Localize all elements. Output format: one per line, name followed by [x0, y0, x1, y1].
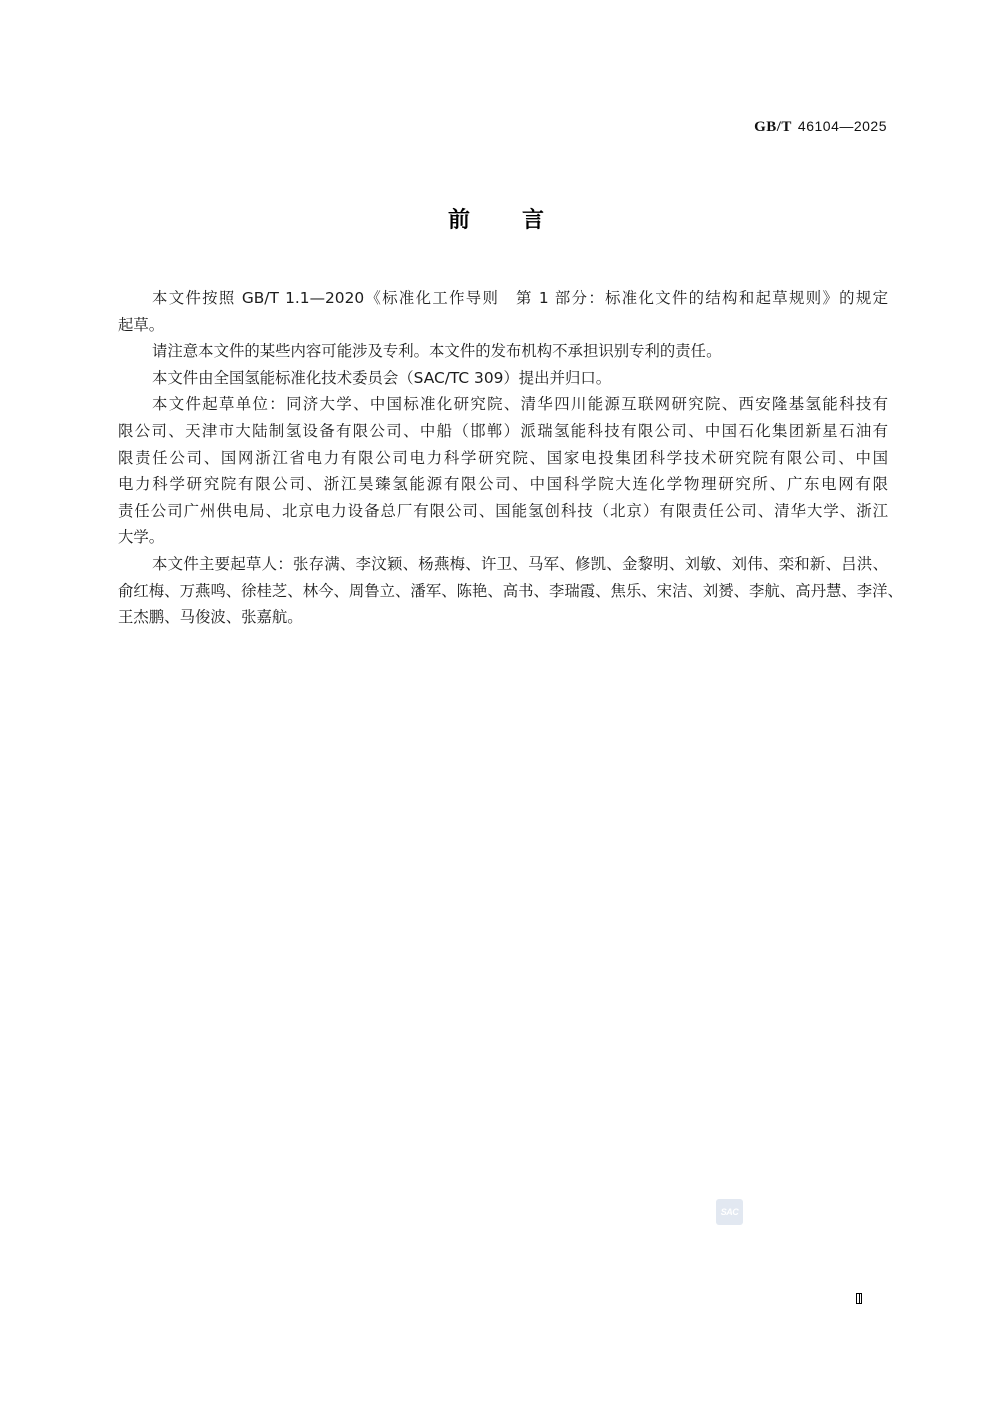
paragraph-line: 限公司、天津市大陆制氢设备有限公司、中船（邯郸）派瑞氢能科技有限公司、中国石化集… [118, 418, 888, 445]
foreword-body: 本文件按照 GB/T 1.1—2020《标准化工作导则 第 1 部分：标准化文件… [118, 285, 888, 631]
title-char-1: 前 [448, 203, 470, 234]
standard-code: 46104—2025 [798, 118, 887, 134]
paragraph-line: 王杰鹏、马俊波、张嘉航。 [118, 604, 888, 631]
paragraph-line: 俞红梅、万燕鸣、徐桂芝、林今、周鲁立、潘军、陈艳、高书、李瑞霞、焦乐、宋洁、刘赟… [118, 578, 888, 605]
page-number-roman-icon [856, 1293, 862, 1304]
paragraph-line: 大学。 [118, 524, 888, 551]
paragraph-patent-notice: 请注意本文件的某些内容可能涉及专利。本文件的发布机构不承担识别专利的责任。 [118, 338, 888, 365]
document-page: GB/T46104—2025 前言 本文件按照 GB/T 1.1—2020《标准… [0, 0, 992, 1403]
paragraph-line: 本文件按照 GB/T 1.1—2020《标准化工作导则 第 1 部分：标准化文件… [118, 285, 888, 312]
sac-watermark-logo: SAC [716, 1199, 743, 1225]
paragraph-drafters: 本文件主要起草人：张存满、李汶颖、杨燕梅、许卫、马军、修凯、金黎明、刘敏、刘伟、… [118, 551, 888, 631]
paragraph-line: 责任公司广州供电局、北京电力设备总厂有限公司、国能氢创科技（北京）有限责任公司、… [118, 498, 888, 525]
title-char-2: 言 [522, 203, 544, 234]
paragraph-line: 本文件主要起草人：张存满、李汶颖、杨燕梅、许卫、马军、修凯、金黎明、刘敏、刘伟、… [118, 551, 888, 578]
paragraph-line: 限责任公司、国网浙江省电力有限公司电力科学研究院、国家电投集团科学技术研究院有限… [118, 445, 888, 472]
paragraph-drafting-rules: 本文件按照 GB/T 1.1—2020《标准化工作导则 第 1 部分：标准化文件… [118, 285, 888, 338]
paragraph-line: 电力科学研究院有限公司、浙江昊臻氢能源有限公司、中国科学院大连化学物理研究所、广… [118, 471, 888, 498]
standard-number: GB/T46104—2025 [754, 118, 887, 136]
paragraph-line: 本文件起草单位：同济大学、中国标准化研究院、清华四川能源互联网研究院、西安隆基氢… [118, 391, 888, 418]
standard-prefix: GB/T [754, 119, 792, 135]
paragraph-line: 起草。 [118, 312, 888, 339]
paragraph-committee: 本文件由全国氢能标准化技术委员会（SAC/TC 309）提出并归口。 [118, 365, 888, 392]
page-title: 前言 [0, 203, 992, 234]
paragraph-line: 本文件由全国氢能标准化技术委员会（SAC/TC 309）提出并归口。 [118, 365, 888, 392]
page-number [856, 1292, 862, 1308]
paragraph-drafting-organizations: 本文件起草单位：同济大学、中国标准化研究院、清华四川能源互联网研究院、西安隆基氢… [118, 391, 888, 551]
paragraph-line: 请注意本文件的某些内容可能涉及专利。本文件的发布机构不承担识别专利的责任。 [118, 338, 888, 365]
